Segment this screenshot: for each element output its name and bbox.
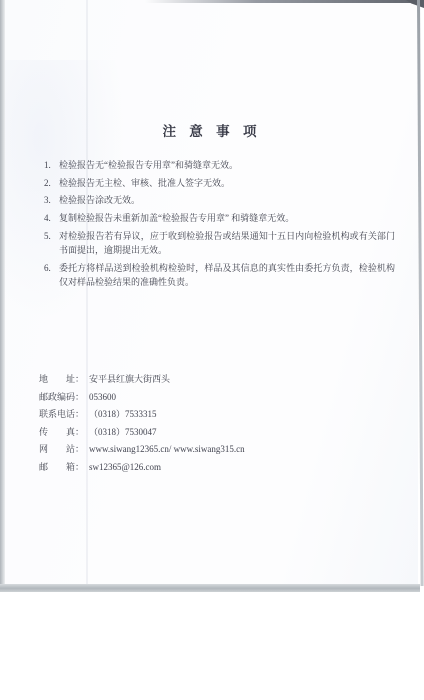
contact-label: 邮政编码：	[39, 389, 84, 407]
note-number: 3.	[44, 193, 59, 207]
contact-value: 053600	[89, 389, 116, 407]
scan-edge-left	[0, 0, 5, 592]
note-item: 5. 对检验报告若有异议，应于收到检验报告或结果通知十五日内向检验机构或有关部门…	[44, 229, 395, 257]
note-number: 4.	[44, 211, 59, 225]
contact-row-phone: 联系电话： （0318）7533315	[39, 406, 245, 424]
note-text: 委托方将样品送到检验机构检验时，样品及其信息的真实性由委托方负责，检验机构仅对样…	[59, 261, 395, 289]
contact-label: 联系电话：	[39, 406, 84, 424]
note-item: 2. 检验报告无主检、审核、批准人签字无效。	[44, 176, 395, 190]
note-item: 1. 检验报告无“检验报告专用章”和骑缝章无效。	[44, 158, 395, 172]
note-number: 5.	[44, 229, 59, 257]
contact-value: （0318）7533315	[89, 406, 157, 424]
note-number: 6.	[44, 261, 59, 289]
contact-row-email: 邮 箱： sw12365@126.com	[39, 459, 245, 477]
note-item: 6. 委托方将样品送到检验机构检验时，样品及其信息的真实性由委托方负责，检验机构…	[44, 261, 395, 289]
scanned-document-canvas: 注 意 事 项 1. 检验报告无“检验报告专用章”和骑缝章无效。 2. 检验报告…	[0, 0, 424, 700]
contact-row-postcode: 邮政编码： 053600	[39, 389, 245, 407]
contact-row-fax: 传 真： （0318）7530047	[39, 424, 245, 442]
scan-edge-bottom	[0, 584, 420, 592]
contact-row-address: 地 址： 安平县红旗大街西头	[39, 371, 245, 389]
contact-label: 传 真：	[39, 424, 84, 442]
page-title: 注 意 事 项	[0, 120, 424, 140]
contact-label: 网 站：	[39, 441, 84, 459]
contact-value: 安平县红旗大街西头	[89, 371, 170, 389]
contact-label: 邮 箱：	[39, 459, 84, 477]
note-item: 3. 检验报告涂改无效。	[44, 193, 395, 207]
note-text: 对检验报告若有异议，应于收到检验报告或结果通知十五日内向检验机构或有关部门书面提…	[59, 229, 395, 257]
contact-value: sw12365@126.com	[89, 459, 161, 477]
contact-label: 地 址：	[39, 371, 84, 389]
note-item: 4. 复制检验报告未重新加盖“检验报告专用章” 和骑缝章无效。	[44, 211, 395, 225]
contact-value: www.siwang12365.cn/ www.siwang315.cn	[89, 441, 245, 459]
scan-edge-top	[145, 0, 424, 3]
contact-value: （0318）7530047	[89, 424, 157, 442]
note-text: 检验报告无“检验报告专用章”和骑缝章无效。	[59, 158, 395, 172]
note-text: 检验报告无主检、审核、批准人签字无效。	[59, 176, 395, 190]
contact-row-website: 网 站： www.siwang12365.cn/ www.siwang315.c…	[39, 441, 245, 459]
note-number: 2.	[44, 176, 59, 190]
notes-list: 1. 检验报告无“检验报告专用章”和骑缝章无效。 2. 检验报告无主检、审核、批…	[44, 158, 395, 293]
note-text: 复制检验报告未重新加盖“检验报告专用章” 和骑缝章无效。	[59, 211, 395, 225]
note-text: 检验报告涂改无效。	[59, 193, 395, 207]
contact-block: 地 址： 安平县红旗大街西头 邮政编码： 053600 联系电话： （0318）…	[39, 371, 245, 477]
note-number: 1.	[44, 158, 59, 172]
